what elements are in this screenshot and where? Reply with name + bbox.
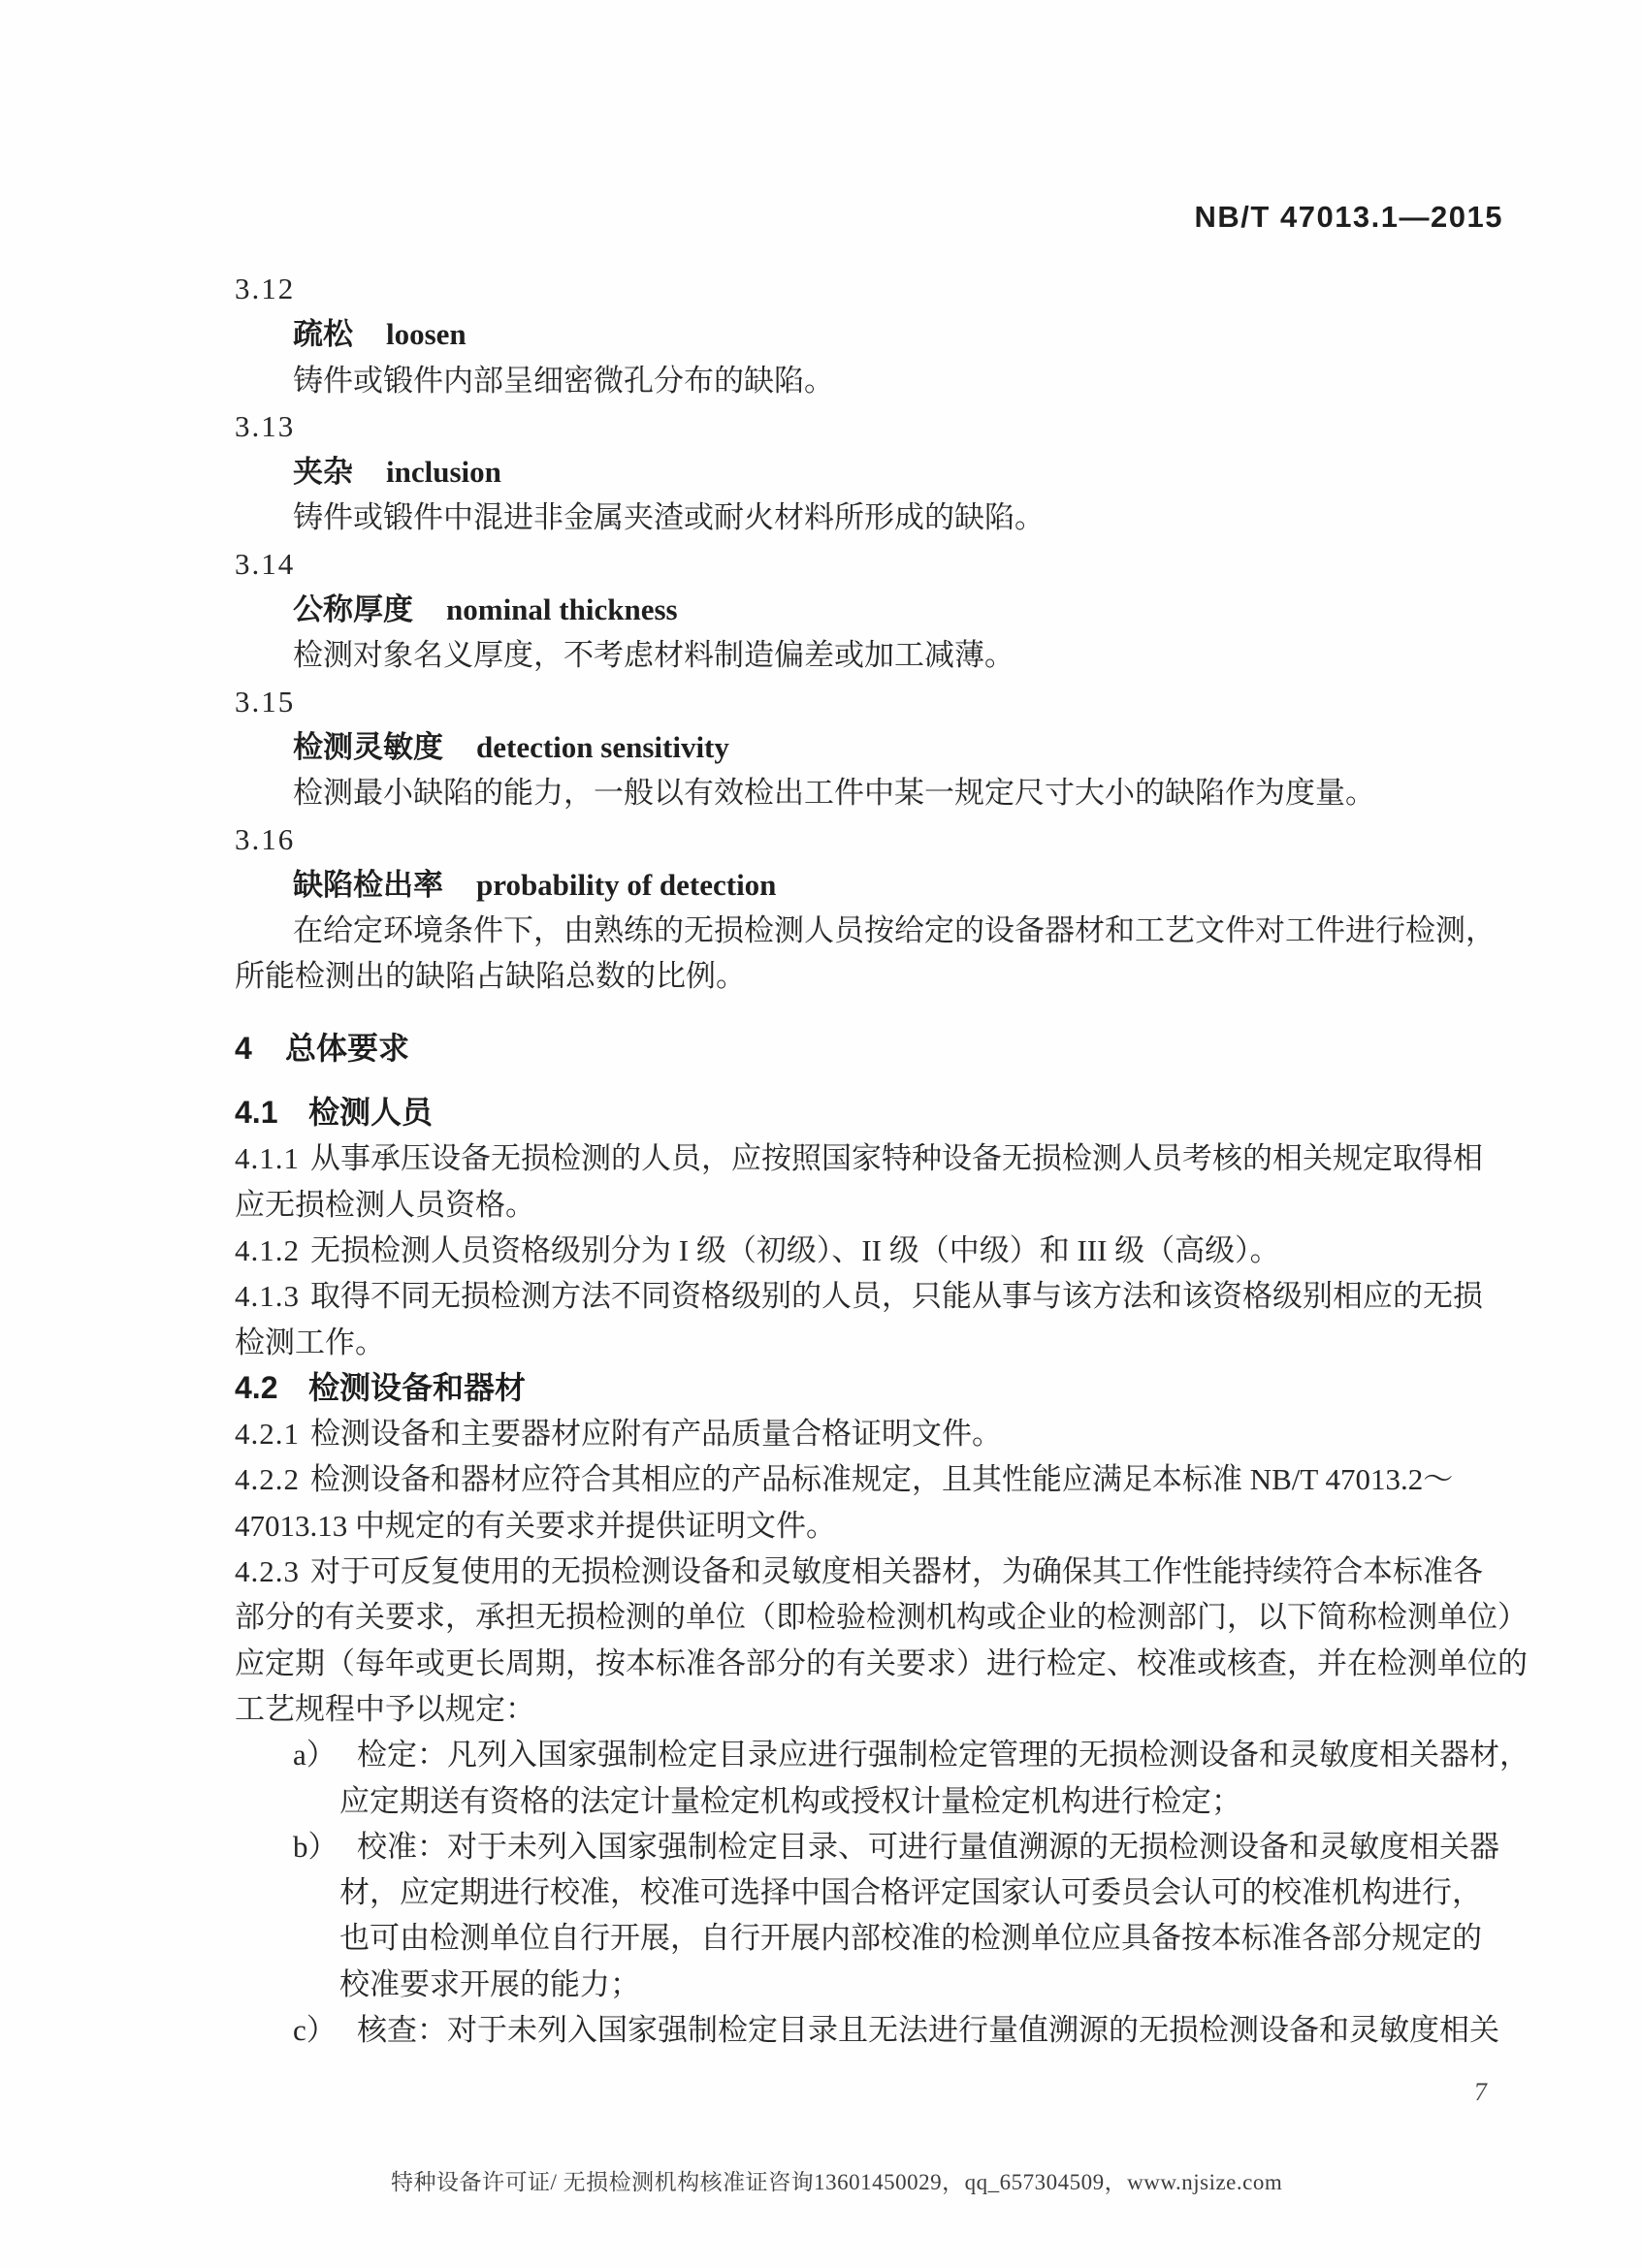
document-body: 3.12 疏松loosen 铸件或锻件内部呈细密微孔分布的缺陷。 3.13 夹杂… — [235, 266, 1505, 2053]
list-item-line: b）校准：对于未列入国家强制检定目录、可进行量值溯源的无损检测设备和灵敏度相关器 — [235, 1824, 1505, 1869]
clause-paragraph-line: 检测工作。 — [235, 1320, 1505, 1365]
clause-paragraph-line: 4.1.2无损检测人员资格级别分为 I 级（初级）、II 级（中级）和 III … — [235, 1228, 1505, 1273]
list-marker: a） — [293, 1732, 357, 1777]
clause-paragraph-line: 部分的有关要求，承担无损检测的单位（即检验检测机构或企业的检测部门，以下简称检测… — [235, 1594, 1505, 1640]
clause-number: 3.12 — [235, 266, 1505, 311]
clause-number: 4.2.2 — [235, 1456, 310, 1502]
chapter-title: 总体要求 — [285, 1031, 409, 1066]
list-item-line: 也可由检测单位自行开展，自行开展内部校准的检测单位应具备按本标准各部分规定的 — [235, 1915, 1505, 1961]
term-english: probability of detection — [476, 868, 776, 902]
clause-number: 3.15 — [235, 679, 1505, 724]
term-english: detection sensitivity — [476, 730, 729, 764]
clause-number: 4.2.1 — [235, 1411, 310, 1456]
term-line: 缺陷检出率probability of detection — [235, 862, 1505, 908]
definition-line: 在给定环境条件下，由熟练的无损检测人员按给定的设备器材和工艺文件对工件进行检测， — [235, 908, 1505, 953]
term-chinese: 缺陷检出率 — [293, 868, 443, 902]
term-english: loosen — [386, 317, 467, 351]
list-marker: b） — [293, 1824, 357, 1869]
list-item-text: 校准：对于未列入国家强制检定目录、可进行量值溯源的无损检测设备和灵敏度相关器 — [357, 1830, 1499, 1864]
clause-number: 4.1.3 — [235, 1273, 310, 1319]
term-chinese: 夹杂 — [293, 455, 353, 489]
definition-line: 铸件或锻件内部呈细密微孔分布的缺陷。 — [235, 358, 1505, 403]
list-item-text: 核查：对于未列入国家强制检定目录且无法进行量值溯源的无损检测设备和灵敏度相关 — [357, 2013, 1499, 2047]
definition-line: 检测最小缺陷的能力，一般以有效检出工件中某一规定尺寸大小的缺陷作为度量。 — [235, 770, 1505, 815]
term-english: inclusion — [386, 455, 501, 489]
clause-paragraph-line: 工艺规程中予以规定： — [235, 1686, 1505, 1732]
clause-number: 3.14 — [235, 541, 1505, 587]
term-line: 疏松loosen — [235, 311, 1505, 357]
clause-text: 无损检测人员资格级别分为 I 级（初级）、II 级（中级）和 III 级（高级）… — [310, 1233, 1280, 1267]
clause-number: 3.16 — [235, 816, 1505, 862]
document-page: NB/T 47013.1—2015 3.12 疏松loosen 铸件或锻件内部呈… — [0, 0, 1642, 2268]
term-line: 检测灵敏度detection sensitivity — [235, 724, 1505, 770]
section-number: 4.1 — [235, 1090, 308, 1135]
list-item-text: 检定：凡列入国家强制检定目录应进行强制检定管理的无损检测设备和灵敏度相关器材， — [357, 1738, 1529, 1772]
term-chinese: 检测灵敏度 — [293, 730, 443, 764]
clause-paragraph-line: 应定期（每年或更长周期，按本标准各部分的有关要求）进行检定、校准或核查，并在检测… — [235, 1641, 1505, 1686]
term-line: 夹杂inclusion — [235, 449, 1505, 495]
footer-watermark: 特种设备许可证/ 无损检测机构核准证咨询13601450029，qq_65730… — [391, 2164, 1282, 2196]
clause-text: 检测设备和器材应符合其相应的产品标准规定，且其性能应满足本标准 NB/T 470… — [310, 1462, 1453, 1496]
clause-text: 从事承压设备无损检测的人员，应按照国家特种设备无损检测人员考核的相关规定取得相 — [310, 1141, 1483, 1175]
clause-paragraph-line: 应无损检测人员资格。 — [235, 1182, 1505, 1228]
list-item-line: a）检定：凡列入国家强制检定目录应进行强制检定管理的无损检测设备和灵敏度相关器材… — [235, 1732, 1505, 1777]
doc-number-header: NB/T 47013.1—2015 — [1195, 200, 1503, 235]
definition-line: 检测对象名义厚度，不考虑材料制造偏差或加工减薄。 — [235, 632, 1505, 678]
list-item-line: 应定期送有资格的法定计量检定机构或授权计量检定机构进行检定； — [235, 1778, 1505, 1824]
term-line: 公称厚度nominal thickness — [235, 587, 1505, 632]
list-item-line: c）核查：对于未列入国家强制检定目录且无法进行量值溯源的无损检测设备和灵敏度相关 — [235, 2007, 1505, 2053]
clause-text: 取得不同无损检测方法不同资格级别的人员，只能从事与该方法和该资格级别相应的无损 — [310, 1279, 1483, 1313]
list-item-line: 材，应定期进行校准，校准可选择中国合格评定国家认可委员会认可的校准机构进行， — [235, 1869, 1505, 1915]
term-chinese: 疏松 — [293, 317, 353, 351]
term-english: nominal thickness — [446, 592, 678, 626]
term-chinese: 公称厚度 — [293, 592, 413, 626]
clause-paragraph-line: 4.1.3取得不同无损检测方法不同资格级别的人员，只能从事与该方法和该资格级别相… — [235, 1273, 1505, 1319]
section-heading: 4.2检测设备和器材 — [235, 1365, 1505, 1411]
chapter-number: 4 — [235, 1026, 285, 1071]
clause-text: 检测设备和主要器材应附有产品质量合格证明文件。 — [310, 1417, 1002, 1451]
page-number: 7 — [1472, 2077, 1489, 2107]
list-marker: c） — [293, 2007, 357, 2053]
section-number: 4.2 — [235, 1365, 308, 1411]
clause-number: 3.13 — [235, 403, 1505, 449]
clause-paragraph-line: 47013.13 中规定的有关要求并提供证明文件。 — [235, 1503, 1505, 1549]
section-title: 检测设备和器材 — [308, 1370, 526, 1405]
definition-line: 所能检测出的缺陷占缺陷总数的比例。 — [235, 953, 1505, 999]
section-heading: 4.1检测人员 — [235, 1090, 1505, 1135]
section-title: 检测人员 — [308, 1095, 433, 1130]
clause-text: 对于可反复使用的无损检测设备和灵敏度相关器材，为确保其工作性能持续符合本标准各 — [310, 1554, 1483, 1588]
clause-paragraph-line: 4.1.1从事承压设备无损检测的人员，应按照国家特种设备无损检测人员考核的相关规… — [235, 1135, 1505, 1181]
clause-number: 4.1.1 — [235, 1135, 310, 1181]
definition-line: 铸件或锻件中混进非金属夹渣或耐火材料所形成的缺陷。 — [235, 495, 1505, 540]
clause-number: 4.1.2 — [235, 1228, 310, 1273]
clause-paragraph-line: 4.2.2检测设备和器材应符合其相应的产品标准规定，且其性能应满足本标准 NB/… — [235, 1456, 1505, 1502]
clause-number: 4.2.3 — [235, 1549, 310, 1594]
list-item-line: 校准要求开展的能力； — [235, 1962, 1505, 2007]
clause-paragraph-line: 4.2.3对于可反复使用的无损检测设备和灵敏度相关器材，为确保其工作性能持续符合… — [235, 1549, 1505, 1594]
clause-paragraph-line: 4.2.1检测设备和主要器材应附有产品质量合格证明文件。 — [235, 1411, 1505, 1456]
chapter-heading: 4总体要求 — [235, 1026, 1505, 1071]
